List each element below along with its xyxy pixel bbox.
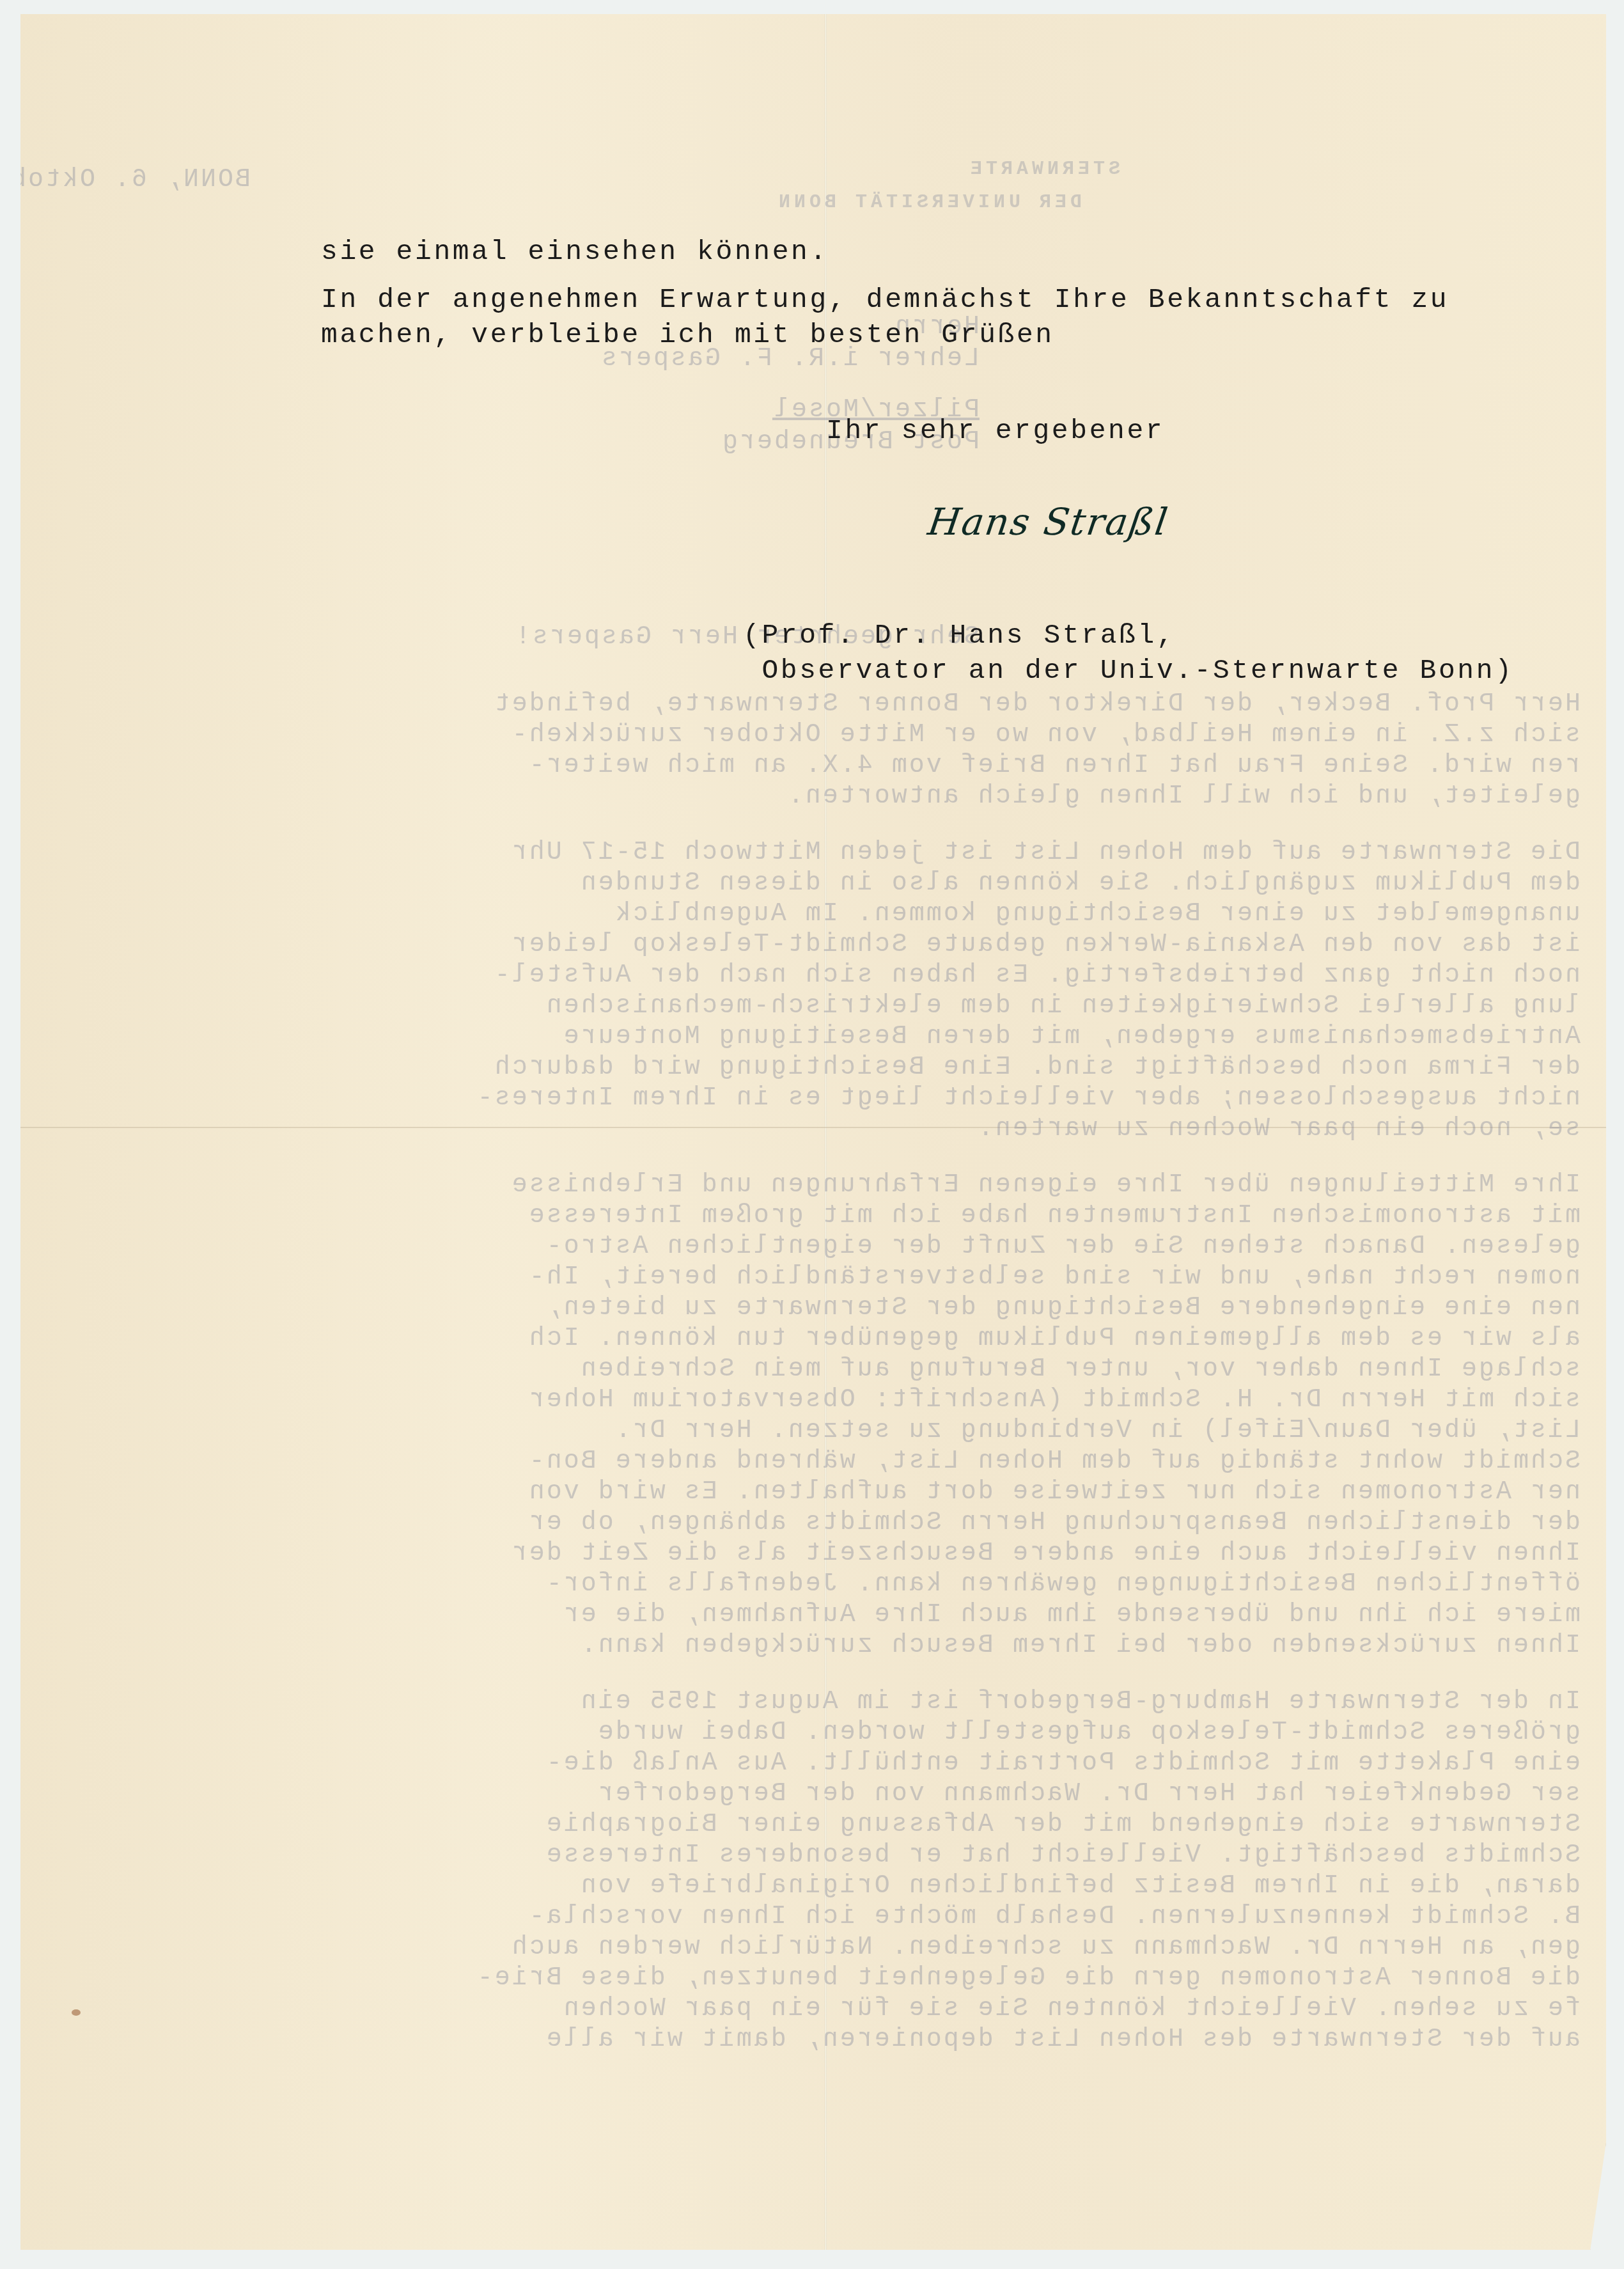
bleed-body-line: noch nicht ganz betriebsfertig. Es haben… — [493, 963, 1581, 989]
bleed-date-line: BONN, 6. Oktober 1955 — [0, 168, 251, 193]
bleed-body-line: fe zu sehen. Vielleicht könnten Sie sie … — [562, 1997, 1581, 2022]
bleed-body-line: sich mit Herrn Dr. H. Schmidt (Anschrift… — [527, 1388, 1581, 1413]
bleed-body-line: geleitet, und ich will Ihnen gleich antw… — [786, 784, 1581, 810]
bleed-body-line: eine Plakette mit Schmidts Portrait enth… — [545, 1751, 1581, 1777]
bleed-body-line: mit astronomischen Instrumenten habe ich… — [527, 1204, 1581, 1229]
letter-page: STERNWARTE DER UNIVERSITÄT BONN BONN, 6.… — [20, 14, 1606, 2250]
handwritten-signature: Hans Straßl — [925, 500, 1171, 544]
bleed-letterhead-line-1: STERNWARTE — [967, 160, 1120, 179]
bleed-body-line: nicht ausgeschlossen; aber vielleicht li… — [476, 1086, 1581, 1111]
closing-line-3: machen, verbleibe ich mit besten Grüßen — [321, 321, 1054, 349]
bleed-address-2: Lehrer i.R. F. Gaspers — [600, 347, 980, 372]
bleed-body-line: ist das von den Askania-Werken gebaute S… — [510, 932, 1581, 958]
bleed-body-line: sich z.Z. in einem Heilbad, von wo er Mi… — [510, 723, 1581, 748]
bleed-body-line: nen eine eingehendere Besichtigung der S… — [545, 1296, 1581, 1321]
bleed-body-line: B. Schmidt kennenzulernen. Deshalb möcht… — [527, 1904, 1581, 1930]
bleed-body-line: ren wird. Seine Frau hat Ihren Brief vom… — [527, 753, 1581, 779]
bleed-body-line: Schmidt wohnt ständig auf dem Hohen List… — [527, 1449, 1581, 1475]
bleed-body-line: dem Publikum zugänglich. Sie können also… — [579, 871, 1581, 897]
bleed-body-line: als wir es dem allgemeinen Publikum gege… — [527, 1326, 1581, 1352]
bleed-body-line: schlage Ihnen daher vor, unter Berufung … — [579, 1357, 1581, 1383]
bleed-body-line: Antriebsmechanismus ergeben, mit deren B… — [562, 1025, 1581, 1050]
bleed-body-line: ner Astronomen sich nur zeitweise dort a… — [527, 1480, 1581, 1505]
closing-line-1: sie einmal einsehen können. — [321, 238, 829, 265]
bleed-body-line: öffentlichen Besichtigungen gewähren kan… — [545, 1572, 1581, 1598]
bleed-body-line: der dienstlichen Beanspruchung Herrn Sch… — [527, 1511, 1581, 1536]
bleed-body-line: die Bonner Astronomen gern die Gelegenhe… — [476, 1966, 1581, 1991]
bleed-body-line: Sternwarte sich eingehend mit der Abfass… — [545, 1812, 1581, 1838]
closing-line-2: In der angenehmen Erwartung, demnächst I… — [321, 286, 1449, 313]
bleed-body-line: daran, die in Ihrem Besitz befindlichen … — [579, 1874, 1581, 1899]
stain-spot — [72, 2009, 81, 2016]
bleed-body-line: miere ich ihn und übersende ihm auch Ihr… — [562, 1603, 1581, 1628]
bleed-body-line: auf der Sternwarte des Hohen List deponi… — [545, 2027, 1581, 2053]
bleed-body-line: der Firma noch beschäftigt sind. Eine Be… — [493, 1055, 1581, 1081]
signature-block-line-2: Observator an der Univ.-Sternwarte Bonn) — [743, 657, 1514, 684]
bleed-body-line: Die Sternwarte auf dem Hohen List ist je… — [510, 840, 1581, 866]
bleed-body-line: gelesen. Danach stehen Sie der Zunft der… — [545, 1234, 1581, 1260]
bleed-body-line: Ihnen vielleicht auch eine andere Besuch… — [510, 1541, 1581, 1567]
bleed-letterhead-line-2: DER UNIVERSITÄT BONN — [775, 193, 1082, 212]
bleed-body-line: In der Sternwarte Hamburg-Bergedorf ist … — [579, 1690, 1581, 1715]
bleed-body-line: List, über Daun/Eifel) in Verbindung zu … — [614, 1418, 1581, 1444]
bleed-body-line: nomen recht nahe, und wir sind selbstver… — [527, 1265, 1581, 1291]
bleed-body-line: Ihre Mitteilungen über Ihre eigenen Erfa… — [510, 1173, 1581, 1198]
signature-block-line-1: (Prof. Dr. Hans Straßl, — [743, 622, 1175, 649]
bleed-body-line: ser Gedenkfeier hat Herr Dr. Wachmann vo… — [597, 1782, 1581, 1807]
bleed-body-line: größeres Schmidt-Teleskop aufgestellt wo… — [597, 1720, 1581, 1746]
bleed-body-line: Herr Prof. Becker, der Direktor der Bonn… — [493, 692, 1581, 718]
bleed-body-line: gen, an Herrn Dr. Wachmann zu schreiben.… — [510, 1935, 1581, 1961]
bleed-body-line: unangemeldet zu einer Besichtigung komme… — [614, 902, 1581, 927]
bleed-body-line: Schmidts beschäftigt. Vielleicht hat er … — [545, 1843, 1581, 1869]
bleed-body-line: Ihnen zurücksenden oder bei Ihrem Besuch… — [579, 1633, 1581, 1659]
complimentary-close: Ihr sehr ergebener — [826, 417, 1164, 444]
bleed-body-line: se, noch ein paar Wochen zu warten. — [976, 1117, 1581, 1142]
bleed-body-line: lung allerlei Schwierigkeiten in dem ele… — [545, 994, 1581, 1019]
